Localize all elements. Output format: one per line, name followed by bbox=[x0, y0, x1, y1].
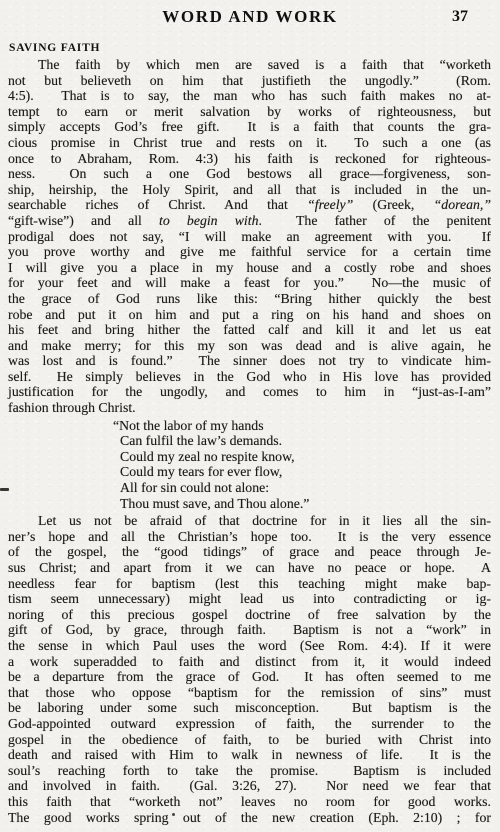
italic-text-segment: “dorean,” bbox=[434, 197, 491, 212]
text-line: “gift-wise”) and all to begin with. The … bbox=[8, 213, 491, 229]
text-line: gift of God, by grace, through faith. Ba… bbox=[8, 622, 491, 638]
text-line: death and raised with Him to walk in new… bbox=[8, 747, 491, 763]
text-line: All for sin could not alone: bbox=[113, 480, 491, 496]
text-line: that those who oppose “baptism for the r… bbox=[8, 685, 491, 701]
text-line: noring of this precious gospel doctrine … bbox=[8, 607, 491, 623]
text-line: and make merry; for this my son was dead… bbox=[8, 338, 491, 354]
text-line: searchable riches of Christ. And that “f… bbox=[8, 197, 491, 213]
poem-quote: “Not the labor of my handsCan fulfil the… bbox=[8, 418, 491, 512]
text-line: ness. On such a one God bestows all grac… bbox=[8, 166, 491, 182]
text-line: for your feet and will make a feast for … bbox=[8, 275, 491, 291]
text-line: gospel in the obedience of faith, to be … bbox=[8, 732, 491, 748]
text-line: Could my tears for ever flow, bbox=[113, 464, 491, 480]
text-segment: searchable riches of Christ. And that bbox=[8, 197, 307, 212]
text-line: Thou must save, and Thou alone.” bbox=[113, 496, 491, 512]
text-line: “Not the labor of my hands bbox=[113, 418, 491, 434]
text-line: self. He simply believes in the God who … bbox=[8, 369, 491, 385]
text-line: simply accepts God’s free gift. It is a … bbox=[8, 119, 491, 135]
text-line: was lost and is found.” The sinner does … bbox=[8, 353, 491, 369]
text-line: once to Abraham, Rom. 4:3) his faith is … bbox=[8, 151, 491, 167]
text-line: a work superadded to faith and distinct … bbox=[8, 654, 491, 670]
text-line: ner’s hope and all the Christian’s hope … bbox=[8, 529, 491, 545]
text-line: this faith that “worketh not” leaves no … bbox=[8, 794, 491, 810]
scanned-page: WORD AND WORK 37 SAVING FAITH The faith … bbox=[0, 0, 500, 832]
text-line: I will give you a place in my house and … bbox=[8, 260, 491, 276]
ink-dot-artifact bbox=[172, 813, 175, 816]
text-line: Can fulfil the law’s demands. bbox=[113, 433, 491, 449]
text-line: tempt to earn or merit salvation by work… bbox=[8, 104, 491, 120]
text-segment: (Greek, bbox=[353, 197, 433, 212]
text-line: cious promise in Christ true and rests o… bbox=[8, 135, 491, 151]
paragraph-1: The faith by which men are saved is a fa… bbox=[8, 57, 491, 416]
text-line: God-appointed outward expression of fait… bbox=[8, 716, 491, 732]
text-line: 4:5). That is to say, the man who has su… bbox=[8, 88, 491, 104]
text-line: justification for the ungodly, and comes… bbox=[8, 384, 491, 400]
text-line: be laboring under some such misconceptio… bbox=[8, 700, 491, 716]
text-line: Could my zeal no respite know, bbox=[113, 449, 491, 465]
text-line: tism seem unnecessary) might lead us int… bbox=[8, 591, 491, 607]
text-line: ship, heirship, the Holy Spirit, and all… bbox=[8, 182, 491, 198]
text-line: be a departure from the grace of God. It… bbox=[8, 669, 491, 685]
text-line: the sense in which Paul uses the word (S… bbox=[8, 638, 491, 654]
text-line: needless fear for baptism (lest this tea… bbox=[8, 576, 491, 592]
text-line: not but believeth on him that justifieth… bbox=[8, 73, 491, 89]
italic-text-segment: “freely” bbox=[307, 197, 353, 212]
text-line: sus Christ; and apart from it we can hav… bbox=[8, 560, 491, 576]
text-line: of the gospel, the “good tidings” of gra… bbox=[8, 544, 491, 560]
section-heading: SAVING FAITH bbox=[9, 42, 500, 54]
paragraph-2: Let us not be afraid of that doctrine fo… bbox=[8, 513, 491, 825]
text-line: The good works spring out of the new cre… bbox=[8, 810, 491, 826]
italic-text-segment: to begin with bbox=[159, 213, 258, 228]
text-line: and involved in faith. (Gal. 3:26, 27). … bbox=[8, 778, 491, 794]
text-line: fashion through Christ. bbox=[8, 400, 491, 416]
running-header: WORD AND WORK 37 bbox=[0, 0, 500, 33]
text-line: you prove worthy and give me faithful se… bbox=[8, 244, 491, 260]
article-body: The faith by which men are saved is a fa… bbox=[0, 57, 500, 825]
text-line: the grace of God runs like this: “Bring … bbox=[8, 291, 491, 307]
text-line: robe and put it on him and put a ring on… bbox=[8, 307, 491, 323]
text-line: soul’s reaching forth to take the promis… bbox=[8, 763, 491, 779]
text-segment: “gift-wise”) and all bbox=[8, 213, 159, 228]
text-line: prodigal does not say, “I will make an a… bbox=[8, 229, 491, 245]
page-number: 37 bbox=[452, 8, 468, 26]
text-line: his feet and bring hither the fatted cal… bbox=[8, 322, 491, 338]
text-segment: . The father of the penitent bbox=[259, 213, 492, 228]
text-line: The faith by which men are saved is a fa… bbox=[8, 57, 491, 73]
journal-title: WORD AND WORK bbox=[0, 7, 500, 27]
text-line: Let us not be afraid of that doctrine fo… bbox=[8, 513, 491, 529]
ink-dash-artifact bbox=[0, 488, 9, 491]
